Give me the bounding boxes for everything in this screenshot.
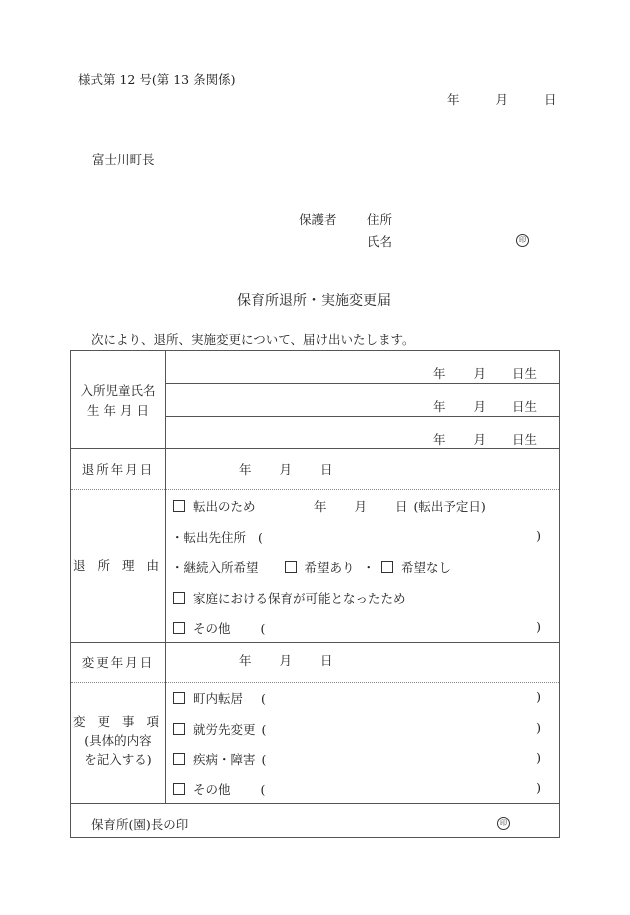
option-label: 希望なし xyxy=(401,560,451,575)
close-paren: ) xyxy=(536,750,541,765)
withdrawal-date-label: 退所年月日 xyxy=(71,460,165,480)
reason-text: その他 xyxy=(193,621,231,636)
dotted-divider xyxy=(71,489,559,490)
month-label: 月 xyxy=(280,460,293,478)
new-address-field[interactable]: ・転出先住所 ( ) xyxy=(171,528,553,546)
divider xyxy=(71,642,559,643)
form-number: 様式第 12 号(第 13 条関係) xyxy=(78,70,235,88)
child-row-2-birthdate[interactable]: 年月日生 xyxy=(433,397,537,415)
guardian-label: 保護者 xyxy=(299,210,337,228)
change-item-illness[interactable]: 疾病・障害 ( ) xyxy=(173,750,553,768)
reason-other[interactable]: その他 ( ) xyxy=(173,619,553,637)
day-label: 日 xyxy=(320,460,333,478)
change-text: 疾病・障害 xyxy=(193,752,256,767)
reason-moving-out[interactable]: 転出のため xyxy=(173,497,256,515)
guardian-name-label: 氏名 xyxy=(367,232,392,250)
close-paren: ) xyxy=(536,720,541,735)
withdrawal-date-field[interactable]: 年月日 xyxy=(239,460,333,478)
month-label: 月 xyxy=(474,364,487,382)
year-label: 年 xyxy=(433,430,446,448)
day-label: 日生 xyxy=(512,397,537,415)
close-paren: ) xyxy=(536,619,541,634)
divider xyxy=(165,383,559,384)
open-paren: ( xyxy=(261,621,266,636)
continue-enrollment: ・継続入所希望 希望あり ・希望なし xyxy=(171,558,451,576)
note-text: (転出予定日) xyxy=(414,497,486,515)
month-label: 月 xyxy=(355,497,368,515)
moving-date-field[interactable]: 年月日(転出予定日) xyxy=(314,497,486,515)
open-paren: ( xyxy=(258,530,263,545)
change-items-label: 変 更 事 項 (具体的内容 を記入する) xyxy=(71,713,165,769)
month-label: 月 xyxy=(495,92,508,107)
year-label: 年 xyxy=(239,460,252,478)
separator: ・ xyxy=(363,560,376,575)
reason-text: 家庭における保育が可能となったため xyxy=(193,591,406,606)
column-divider xyxy=(165,351,166,803)
year-label: 年 xyxy=(314,497,327,515)
withdrawal-reason-label: 退 所 理 由 xyxy=(71,556,165,576)
guardian-address-label: 住所 xyxy=(367,210,392,228)
change-items-label-line3: を記入する) xyxy=(71,751,165,770)
day-label: 日 xyxy=(320,651,333,669)
day-label: 日生 xyxy=(512,364,537,382)
seal-icon: 印 xyxy=(497,817,510,830)
change-date-label: 変更年月日 xyxy=(71,653,165,673)
reason-text: 継続入所希望 xyxy=(184,560,259,575)
open-paren: ( xyxy=(261,691,266,706)
reason-text: 転出のため xyxy=(193,499,256,514)
reason-text: 転出先住所 xyxy=(184,530,247,545)
director-seal-label: 保育所(園)長の印 xyxy=(91,815,188,833)
checkbox[interactable] xyxy=(173,723,185,735)
year-label: 年 xyxy=(447,92,460,107)
year-label: 年 xyxy=(433,364,446,382)
change-text: 町内転居 xyxy=(193,691,243,706)
intro-text: 次により、退所、実施変更について、届け出いたします。 xyxy=(91,330,415,348)
checkbox-wish-no[interactable] xyxy=(381,561,393,573)
checkbox-wish-yes[interactable] xyxy=(285,561,297,573)
divider xyxy=(71,448,559,449)
option-label: 希望あり xyxy=(305,560,355,575)
month-label: 月 xyxy=(474,430,487,448)
day-label: 日生 xyxy=(512,430,537,448)
close-paren: ) xyxy=(536,689,541,704)
change-items-label-line1: 変 更 事 項 xyxy=(71,713,165,732)
change-text: 就労先変更 xyxy=(193,722,256,737)
reason-home-care[interactable]: 家庭における保育が可能となったため xyxy=(173,589,406,607)
change-item-relocation[interactable]: 町内転居 ( ) xyxy=(173,689,553,707)
document-title: 保育所退所・実施変更届 xyxy=(237,290,391,310)
month-label: 月 xyxy=(280,651,293,669)
month-label: 月 xyxy=(474,397,487,415)
checkbox[interactable] xyxy=(173,783,185,795)
child-row-1-birthdate[interactable]: 年月日生 xyxy=(433,364,537,382)
change-text: その他 xyxy=(193,782,231,797)
checkbox[interactable] xyxy=(173,622,185,634)
open-paren: ( xyxy=(261,782,266,797)
dotted-divider xyxy=(71,682,559,683)
close-paren: ) xyxy=(536,528,541,543)
form-table: 入所児童氏名 生 年 月 日 年月日生 年月日生 年月日生 退所年月日 年月日 … xyxy=(70,350,560,838)
checkbox[interactable] xyxy=(173,500,185,512)
child-label-line2: 生 年 月 日 xyxy=(71,401,165,421)
divider xyxy=(71,803,559,804)
addressee: 富士川町長 xyxy=(92,150,155,168)
child-row-3-birthdate[interactable]: 年月日生 xyxy=(433,430,537,448)
year-label: 年 xyxy=(433,397,446,415)
change-item-workplace[interactable]: 就労先変更 ( ) xyxy=(173,720,553,738)
change-items-label-line2: (具体的内容 xyxy=(71,732,165,751)
day-label: 日 xyxy=(544,92,557,107)
year-label: 年 xyxy=(239,651,252,669)
change-item-other[interactable]: その他 ( ) xyxy=(173,780,553,798)
day-label: 日 xyxy=(395,497,408,515)
open-paren: ( xyxy=(262,752,267,767)
bullet: ・ xyxy=(171,530,184,545)
open-paren: ( xyxy=(262,722,267,737)
checkbox[interactable] xyxy=(173,592,185,604)
seal-icon: 印 xyxy=(516,234,529,247)
change-date-field[interactable]: 年月日 xyxy=(239,651,333,669)
divider xyxy=(165,416,559,417)
child-label-line1: 入所児童氏名 xyxy=(71,381,165,401)
checkbox[interactable] xyxy=(173,753,185,765)
child-label: 入所児童氏名 生 年 月 日 xyxy=(71,381,165,421)
checkbox[interactable] xyxy=(173,692,185,704)
bullet: ・ xyxy=(171,560,184,575)
close-paren: ) xyxy=(536,780,541,795)
submission-date: 年 月 日 xyxy=(447,90,556,108)
